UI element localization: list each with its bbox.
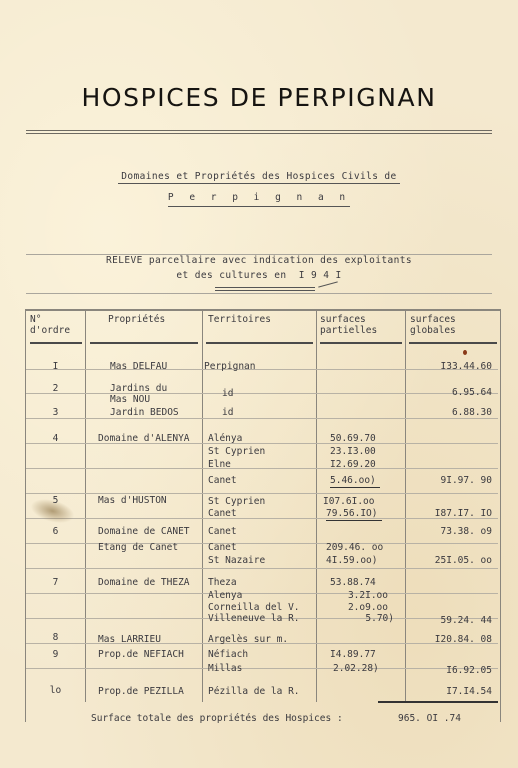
total-underline (378, 701, 498, 703)
header-globales-2: globales (410, 325, 456, 337)
ink-spot (463, 350, 467, 355)
row-3-territoire: id (222, 407, 233, 419)
header-num-2: d'ordre (30, 325, 70, 337)
row-rule (26, 468, 498, 469)
row-1-propriete: Mas DELFAU (110, 361, 167, 373)
row-7-territoire: Theza (208, 577, 237, 589)
header-underline-2 (90, 342, 198, 344)
releve-line-2: et des cultures en I 9 4 I (0, 270, 518, 281)
row-rule (26, 593, 498, 594)
row-7-num: 7 (26, 577, 85, 589)
row-8-territoire: Argelès sur m. (208, 634, 288, 646)
row-4-globale: 9I.97. 90 (405, 475, 492, 487)
header-partielles-2: partielles (320, 325, 377, 337)
row-6b-partielle: 209.46. oo (326, 542, 383, 554)
row-6-num: 6 (26, 526, 85, 538)
row-6c-territoire: St Nazaire (208, 555, 265, 567)
row-6b-territoire: Canet (208, 542, 237, 554)
header-underline-3 (206, 342, 313, 344)
row-4d-territoire: Canet (208, 475, 237, 487)
row-1-num: I (26, 361, 85, 373)
subtitle-line-1-text: Domaines et Propriétés des Hospices Civi… (118, 171, 399, 184)
row-5-num: 5 (26, 495, 85, 507)
row-3-propriete: Jardin BEDOS (110, 407, 179, 419)
subtitle-line-1: Domaines et Propriétés des Hospices Civi… (0, 171, 518, 182)
subtotal-underline (330, 487, 380, 488)
row-10-num: lo (26, 685, 85, 697)
row-9b-partielle: 2.02.28) (333, 663, 379, 675)
row-10-territoire: Pézilla de la R. (208, 686, 300, 698)
row-1-territoire: Perpignan (204, 361, 255, 373)
row-9-partielle: I4.89.77 (330, 649, 376, 661)
row-4-territoire: Alénya (208, 433, 242, 445)
row-3-globale: 6.88.30 (405, 407, 492, 419)
releve-rule-bottom (26, 293, 492, 294)
header-territoires: Territoires (208, 314, 271, 326)
row-rule (26, 568, 498, 569)
row-9b-territoire: Millas (208, 663, 242, 675)
row-6c-partielle: 4I.59.oo) (326, 555, 377, 567)
row-4-partielle: 50.69.70 (330, 433, 376, 445)
row-rule (26, 543, 498, 544)
row-5b-partielle: 79.56.IO) (326, 508, 377, 520)
title-double-rule (26, 130, 492, 134)
header-underline-1 (30, 342, 82, 344)
row-2-num: 2 (26, 383, 85, 395)
row-5b-territoire: Canet (208, 508, 237, 520)
row-10-propriete: Prop.de PEZILLA (98, 686, 184, 698)
header-proprietes: Propriétés (108, 314, 165, 326)
row-2-propriete-line2: Mas NOU (110, 394, 150, 406)
row-9-globale: I6.92.05 (405, 665, 492, 677)
row-4c-partielle: I2.69.20 (330, 459, 376, 471)
row-2-globale: 6.95.64 (405, 387, 492, 399)
row-6-propriete: Domaine de CANET (98, 526, 190, 538)
row-8-num: 8 (26, 632, 85, 644)
row-rule (26, 493, 498, 494)
header-underline-5 (409, 342, 497, 344)
row-4b-territoire: St Cyprien (208, 446, 265, 458)
subtitle-line-2-text: P e r p i g n a n (168, 192, 350, 207)
row-9-territoire: Néfiach (208, 649, 248, 661)
row-8-globale: I20.84. 08 (405, 634, 492, 646)
row-5-partielle: I07.6I.oo (323, 496, 374, 508)
row-6-globale: 73.38. o9 (405, 526, 492, 538)
row-5-territoire: St Cyprien (208, 496, 265, 508)
row-2-territoire: id (222, 388, 233, 400)
row-7b-territoire: Alenya (208, 590, 242, 602)
row-7-globale: 59.24. 44 (405, 615, 492, 627)
row-9-num: 9 (26, 649, 85, 661)
row-7d-partielle: 5.70) (316, 613, 394, 625)
row-6-territoire: Canet (208, 526, 237, 538)
row-5-globale: I87.I7. IO (405, 508, 492, 520)
row-8-propriete: Mas LARRIEU (98, 634, 161, 646)
row-4d-partielle: 5.46.oo) (330, 475, 376, 487)
row-10-globale: I7.I4.54 (405, 686, 492, 698)
row-7b-partielle: 3.2I.oo (316, 590, 388, 602)
row-7-propriete: Domaine de THEZA (98, 577, 190, 589)
document-title: HOSPICES DE PERPIGNAN (0, 83, 518, 112)
row-3-num: 3 (26, 407, 85, 419)
row-9-propriete: Prop.de NEFIACH (98, 649, 184, 661)
year-double-underline (215, 287, 315, 291)
check-mark (318, 281, 338, 287)
total-value: 965. OI .74 (398, 713, 461, 725)
row-6b-propriete: Etang de Canet (98, 542, 178, 554)
releve-line-1: RELEVE parcellaire avec indication des e… (0, 255, 518, 266)
row-4b-partielle: 23.I3.00 (330, 446, 376, 458)
row-6-etang-globale: 25I.05. oo (405, 555, 492, 567)
subtitle-line-2: P e r p i g n a n (0, 192, 518, 203)
row-4c-territoire: Elne (208, 459, 231, 471)
row-5-propriete: Mas d'HUSTON (98, 495, 167, 507)
row-7-partielle: 53.88.74 (330, 577, 376, 589)
total-label: Surface totale des propriétés des Hospic… (91, 713, 343, 725)
row-rule (26, 443, 498, 444)
row-1-globale: I33.44.60 (405, 361, 492, 373)
row-4-propriete: Domaine d'ALENYA (98, 433, 190, 445)
row-7d-territoire: Villeneuve la R. (208, 613, 300, 625)
subtotal-underline (326, 520, 382, 521)
header-underline-4 (320, 342, 402, 344)
row-4-num: 4 (26, 433, 85, 445)
